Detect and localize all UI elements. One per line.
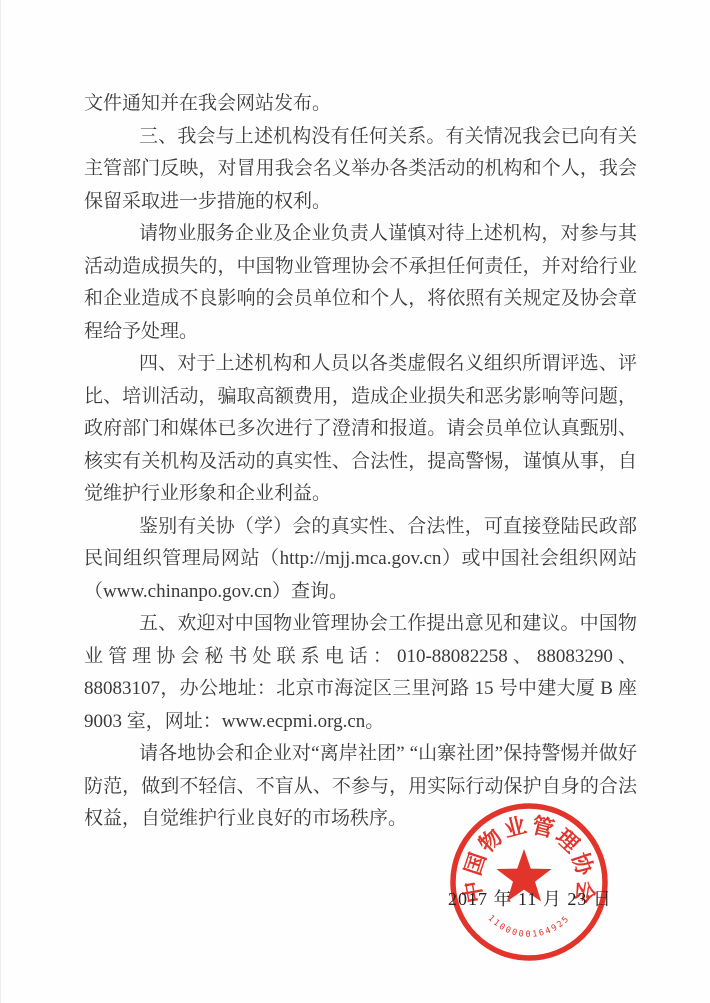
paragraph: 五、欢迎对中国物业管理协会工作提出意见和建议。中国物业管理协会秘书处联系电话：0… — [84, 608, 637, 738]
document-page: 文件通知并在我会网站发布。 三、我会与上述机构没有任何关系。有关情况我会已向有关… — [0, 0, 710, 1003]
paragraph: 三、我会与上述机构没有任何关系。有关情况我会已向有关主管部门反映，对冒用我会名义… — [84, 121, 637, 219]
paragraph: 鉴别有关协（学）会的真实性、合法性，可直接登陆民政部民间组织管理局网站（http… — [84, 511, 637, 609]
document-body: 文件通知并在我会网站发布。 三、我会与上述机构没有任何关系。有关情况我会已向有关… — [84, 88, 637, 836]
paragraph: 四、对于上述机构和人员以各类虚假名义组织所谓评选、评比、培训活动，骗取高额费用，… — [84, 348, 637, 511]
paragraph: 请各地协会和企业对“离岸社团” “山寨社团”保持警惕并做好防范，做到不轻信、不盲… — [84, 738, 637, 836]
date-line: 2017 年 11 月 23 日 — [448, 885, 612, 911]
paragraph: 请物业服务企业及企业负责人谨慎对待上述机构，对参与其活动造成损失的，中国物业管理… — [84, 218, 637, 348]
seal-arc-char: 协 — [566, 850, 598, 880]
paragraph: 文件通知并在我会网站发布。 — [84, 88, 637, 121]
seal-serial-number: 1100000164925 — [486, 913, 573, 939]
